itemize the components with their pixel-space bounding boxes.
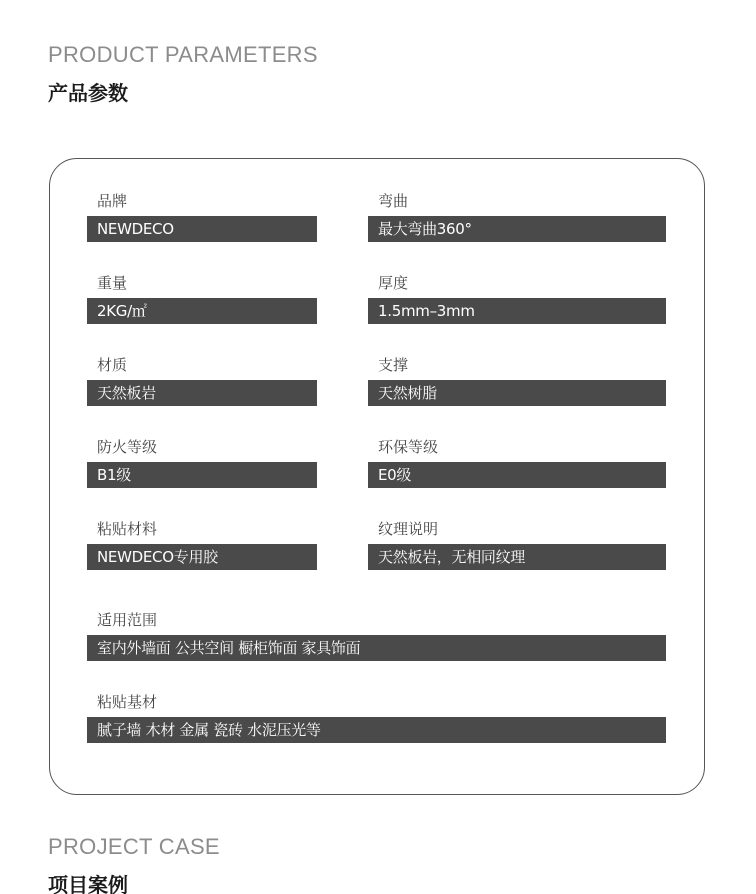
param-value-bend: 最大弯曲360° [368, 216, 666, 242]
param-value-support: 天然树脂 [368, 380, 666, 406]
param-value-weight: 2KG/㎡ [87, 298, 317, 324]
param-label-eco-rating: 环保等级 [378, 436, 438, 457]
param-value-brand: NEWDECO [87, 216, 317, 242]
param-label-weight: 重量 [97, 272, 127, 293]
param-value-fire-rating: B1级 [87, 462, 317, 488]
param-label-material: 材质 [97, 354, 127, 375]
param-value-thickness: 1.5mm–3mm [368, 298, 666, 324]
section-title-zh: 产品参数 [48, 77, 128, 106]
param-value-material: 天然板岩 [87, 380, 317, 406]
param-value-application: 室内外墙面 公共空间 橱柜饰面 家具饰面 [87, 635, 666, 661]
param-value-adhesive: NEWDECO专用胶 [87, 544, 317, 570]
param-label-thickness: 厚度 [378, 272, 408, 293]
param-label-texture: 纹理说明 [378, 518, 438, 539]
param-label-fire-rating: 防火等级 [97, 436, 157, 457]
section-title-en: PROJECT CASE [48, 834, 220, 860]
param-label-application: 适用范围 [97, 609, 157, 630]
param-value-eco-rating: E0级 [368, 462, 666, 488]
param-value-texture: 天然板岩，无相同纹理 [368, 544, 666, 570]
param-value-substrate: 腻子墙 木材 金属 瓷砖 水泥压光等 [87, 717, 666, 743]
param-label-adhesive: 粘贴材料 [97, 518, 157, 539]
param-label-support: 支撑 [378, 354, 408, 375]
section-title-zh: 项目案例 [48, 869, 128, 894]
param-label-bend: 弯曲 [378, 190, 408, 211]
section-title-en: PRODUCT PARAMETERS [48, 42, 318, 68]
param-label-brand: 品牌 [97, 190, 127, 211]
param-label-substrate: 粘贴基材 [97, 691, 157, 712]
